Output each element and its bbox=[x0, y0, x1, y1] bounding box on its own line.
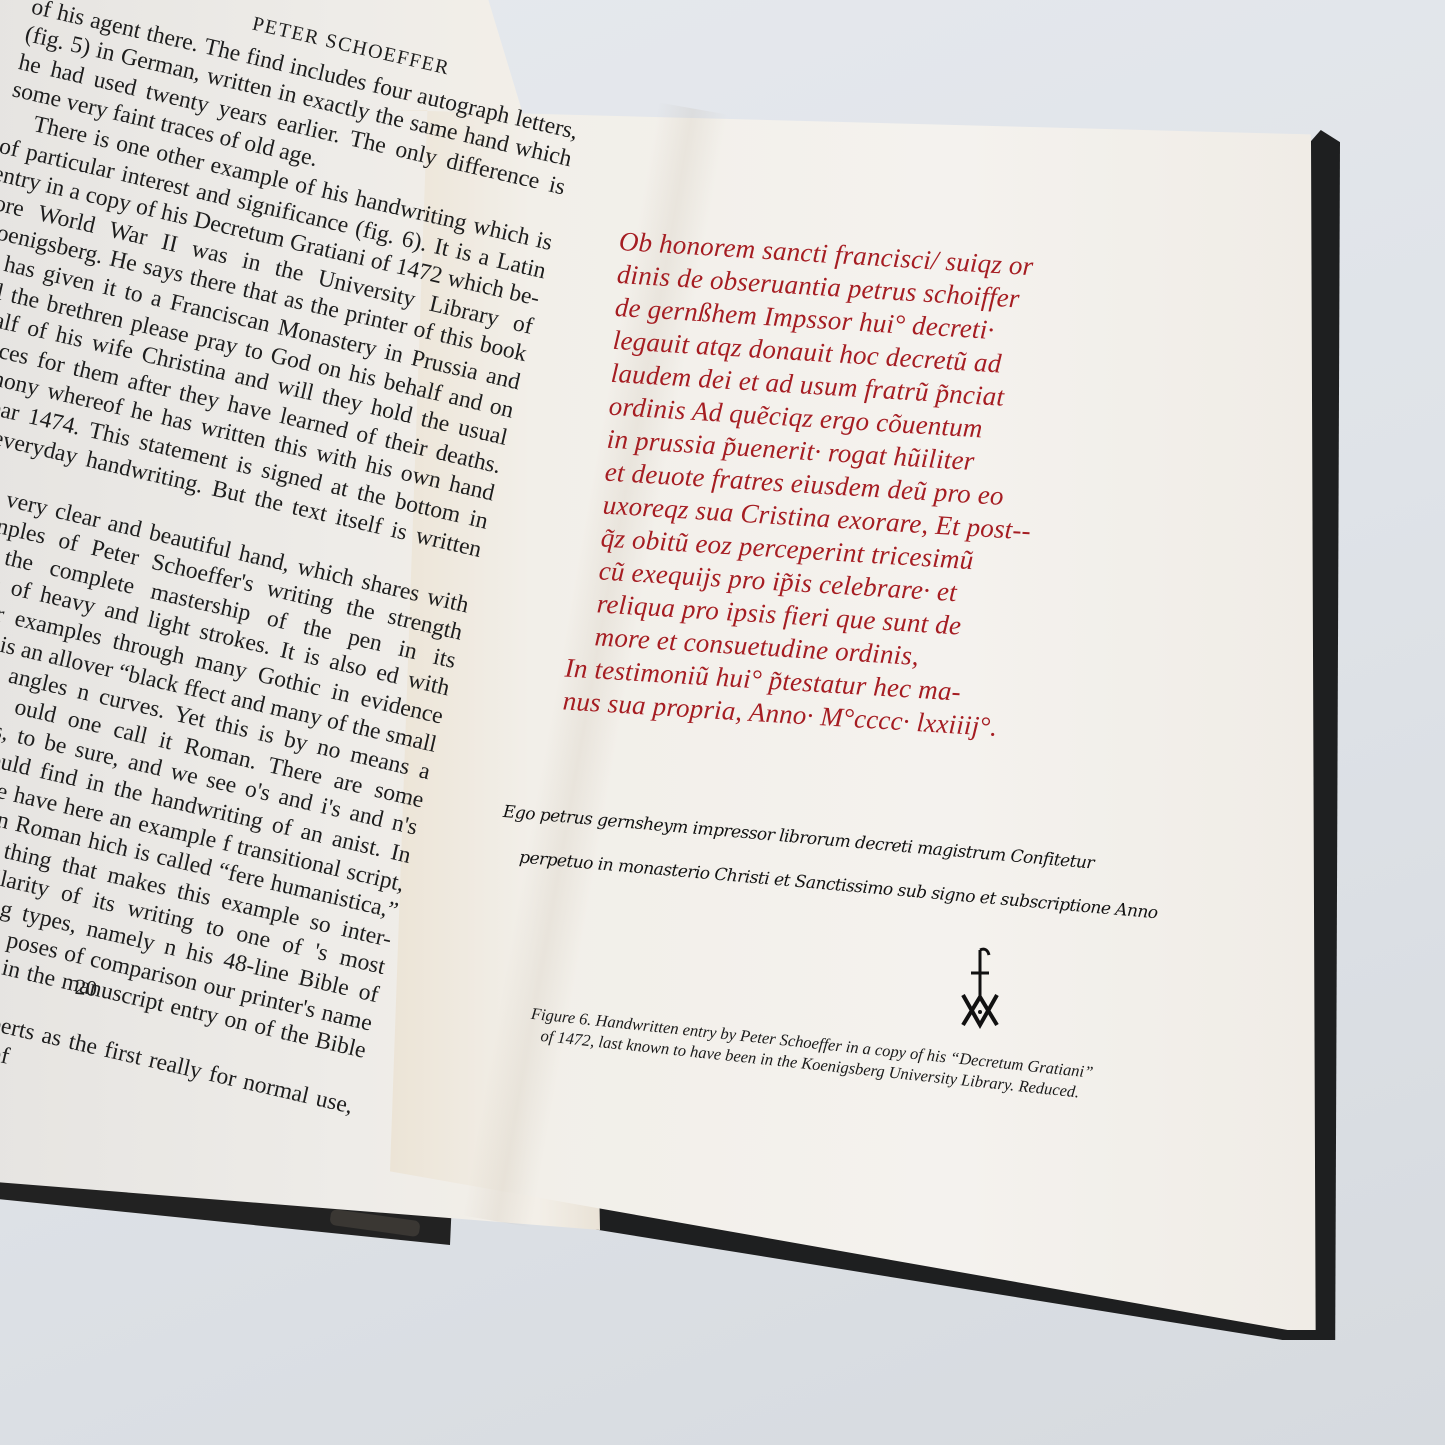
page-number: 20 bbox=[74, 974, 99, 1002]
book-photo: PETER SCHOEFFER of his agent there. The … bbox=[0, 0, 1445, 1445]
printers-mark-icon bbox=[955, 945, 1005, 1030]
red-calligraphy-inscription: Ob honorem sancti francisci/ suiqz or di… bbox=[590, 225, 1139, 751]
